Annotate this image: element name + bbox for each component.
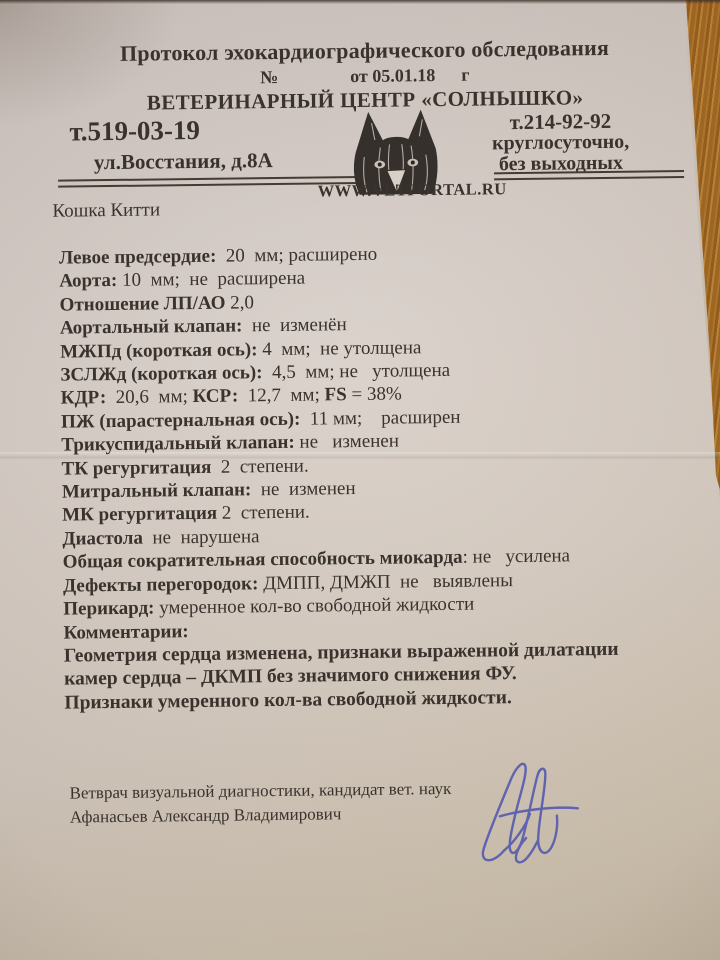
number-label: №: [260, 67, 278, 88]
report-segment: Общая сократительная способность миокард…: [63, 547, 463, 573]
website-url: WWW.VETPORTAL.RU: [292, 179, 532, 202]
report-segment: не нарушена: [143, 526, 260, 548]
report-segment: ЗСЛЖд (короткая ось):: [60, 362, 262, 385]
phone-right: т.214-92-92: [450, 110, 670, 134]
report-segment: КДР:: [61, 388, 107, 410]
report-segment: 2 степени.: [217, 502, 310, 524]
report-segment: Левое предсердие:: [59, 246, 217, 269]
report-segment: не изменен: [251, 478, 355, 500]
report-segment: 11 мм; расширен: [300, 407, 460, 430]
report-segment: КСР:: [192, 386, 238, 408]
hours-line1: круглосуточно,: [451, 131, 671, 155]
report-segment: Признаки умеренного кол-ва свободной жид…: [64, 687, 512, 713]
report-segment: Аорта:: [59, 270, 117, 292]
photographed-report: Протокол эхокардиографического обследова…: [0, 0, 720, 960]
report-segment: МЖПд (короткая ось):: [60, 339, 258, 362]
clinic-address: ул.Восстания, д.8А: [94, 148, 273, 175]
report-segment: 20 мм; расширено: [216, 244, 377, 267]
report-segment: Митральный клапан:: [62, 479, 252, 502]
report-segment: 2 степени.: [211, 455, 309, 477]
patient-name: Кошка Китти: [52, 199, 160, 222]
report-segment: FS: [324, 385, 346, 406]
date-suffix: г: [461, 65, 469, 86]
paper-document: Протокол эхокардиографического обследова…: [0, 0, 720, 960]
report-segment: = 38%: [347, 384, 402, 406]
doctor-name: Афанасьев Александр Владимирович: [70, 801, 452, 830]
report-segment: не изменён: [242, 314, 346, 336]
report-segment: 10 мм; не расширена: [117, 268, 305, 291]
doctor-signature: [473, 753, 584, 869]
report-segment: умеренное кол-во свободной жидкости: [154, 594, 474, 619]
phone-left: т.519-03-19: [69, 115, 200, 148]
report-segment: Диастола: [62, 528, 143, 550]
report-segment: ДМПП, ДМЖП не выявлены: [258, 570, 513, 594]
report-segment: ТК регургитация: [61, 456, 211, 479]
report-segment: : не усилена: [462, 546, 570, 568]
report-segment: 4,5 мм; не утолщена: [262, 360, 450, 383]
report-segment: МК регургитация: [62, 503, 217, 526]
doctor-title: Ветврач визуальной диагностики, кандидат…: [69, 777, 451, 806]
report-segment: 4 мм; не утолщена: [257, 337, 421, 360]
report-segment: Трикуспидальный клапан:: [61, 432, 295, 456]
report-segment: Отношение ЛП/АО: [59, 292, 225, 315]
report-segment: Комментарии:: [63, 621, 188, 644]
report-segment: 12,7 мм;: [238, 385, 325, 407]
doctor-block: Ветврач визуальной диагностики, кандидат…: [69, 777, 451, 830]
report-segment: 20,6 мм;: [106, 386, 193, 408]
report-segment: ПЖ (парастернальная ось):: [61, 409, 301, 433]
report-body: Левое предсердие: 20 мм; расширеноАорта:…: [59, 239, 685, 715]
report-segment: не изменен: [295, 431, 399, 453]
right-contact-block: т.214-92-92 круглосуточно, без выходных: [450, 110, 671, 176]
date-text: от 05.01.18: [350, 65, 435, 87]
report-segment: 2,0: [225, 292, 254, 313]
report-segment: Перикард:: [63, 598, 154, 620]
report-segment: Дефекты перегородок:: [63, 573, 259, 596]
report-segment: Аортальный клапан:: [60, 316, 243, 339]
